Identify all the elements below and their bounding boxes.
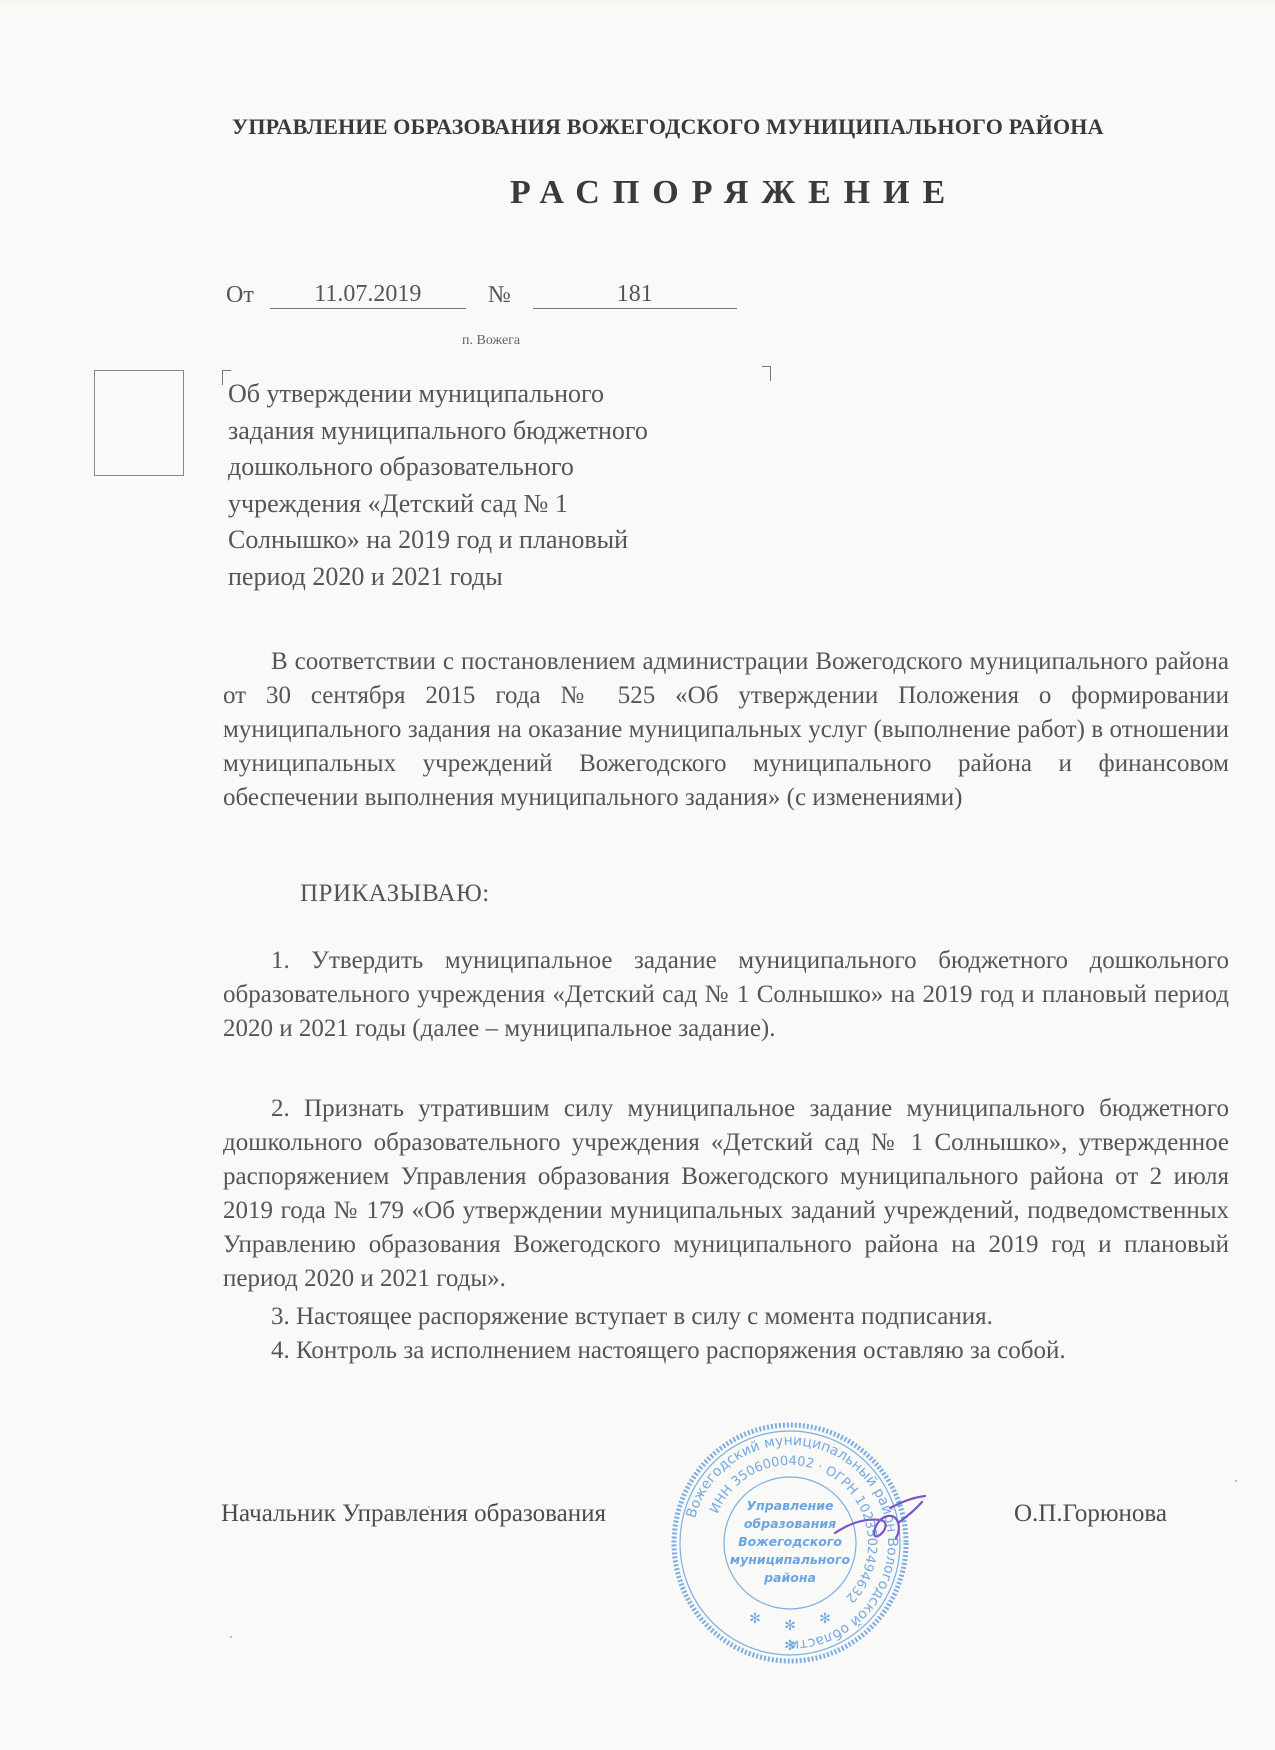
number-label: № (488, 282, 511, 309)
document-place: п. Вожега (462, 333, 520, 349)
order-item-2: 2. Признать утратившим силу муниципально… (223, 1092, 1229, 1296)
scan-edge (0, 0, 1275, 6)
svg-text:Вожегодского: Вожегодского (738, 1534, 842, 1549)
signatory-name: О.П.Горюнова (1014, 1500, 1167, 1528)
scan-speck (1235, 1480, 1237, 1482)
svg-text:района: района (763, 1570, 816, 1585)
scan-speck (230, 1636, 232, 1638)
svg-text:✻: ✻ (784, 1618, 796, 1634)
document-number: 181 (533, 280, 737, 309)
document-page: УПРАВЛЕНИЕ ОБРАЗОВАНИЯ ВОЖЕГОДСКОГО МУНИ… (0, 0, 1275, 1750)
order-item-1: 1. Утвердить муниципальное задание муниц… (223, 944, 1229, 1046)
order-word: ПРИКАЗЫВАЮ: (300, 880, 490, 908)
svg-text:✻: ✻ (749, 1611, 761, 1627)
svg-text:✻: ✻ (819, 1611, 831, 1627)
document-type-title: РАСПОРЯЖЕНИЕ (510, 174, 958, 212)
subject-bracket-right (762, 366, 771, 381)
subject-line: задания муниципального бюджетного (228, 413, 748, 450)
order-item-3: 3. Настоящее распоряжение вступает в сил… (223, 1300, 1229, 1334)
scan-speck (428, 1506, 430, 1508)
subject-line: дошкольного образовательного (228, 449, 748, 486)
subject-line: Солнышко» на 2019 год и плановый (228, 522, 748, 559)
order-item-4: 4. Контроль за исполнением настоящего ра… (223, 1334, 1229, 1368)
subject-line: учреждения «Детский сад № 1 (228, 486, 748, 523)
svg-text:✻: ✻ (784, 1638, 796, 1654)
preamble-paragraph: В соответствии с постановлением админист… (223, 645, 1229, 815)
svg-text:Управление: Управление (746, 1498, 833, 1513)
date-label: От (226, 282, 254, 309)
document-meta: От 11.07.2019 № 181 (226, 280, 737, 309)
signatory-role: Начальник Управления образования (221, 1500, 606, 1528)
document-subject: Об утверждении муниципального задания му… (228, 376, 748, 595)
subject-line: Об утверждении муниципального (228, 376, 748, 413)
handwritten-signature-icon (830, 1488, 930, 1558)
svg-text:образования: образования (744, 1516, 836, 1531)
document-date: 11.07.2019 (270, 280, 466, 309)
registration-box (94, 370, 184, 476)
subject-line: период 2020 и 2021 годы (228, 559, 748, 596)
organization-header: УПРАВЛЕНИЕ ОБРАЗОВАНИЯ ВОЖЕГОДСКОГО МУНИ… (232, 114, 1232, 140)
